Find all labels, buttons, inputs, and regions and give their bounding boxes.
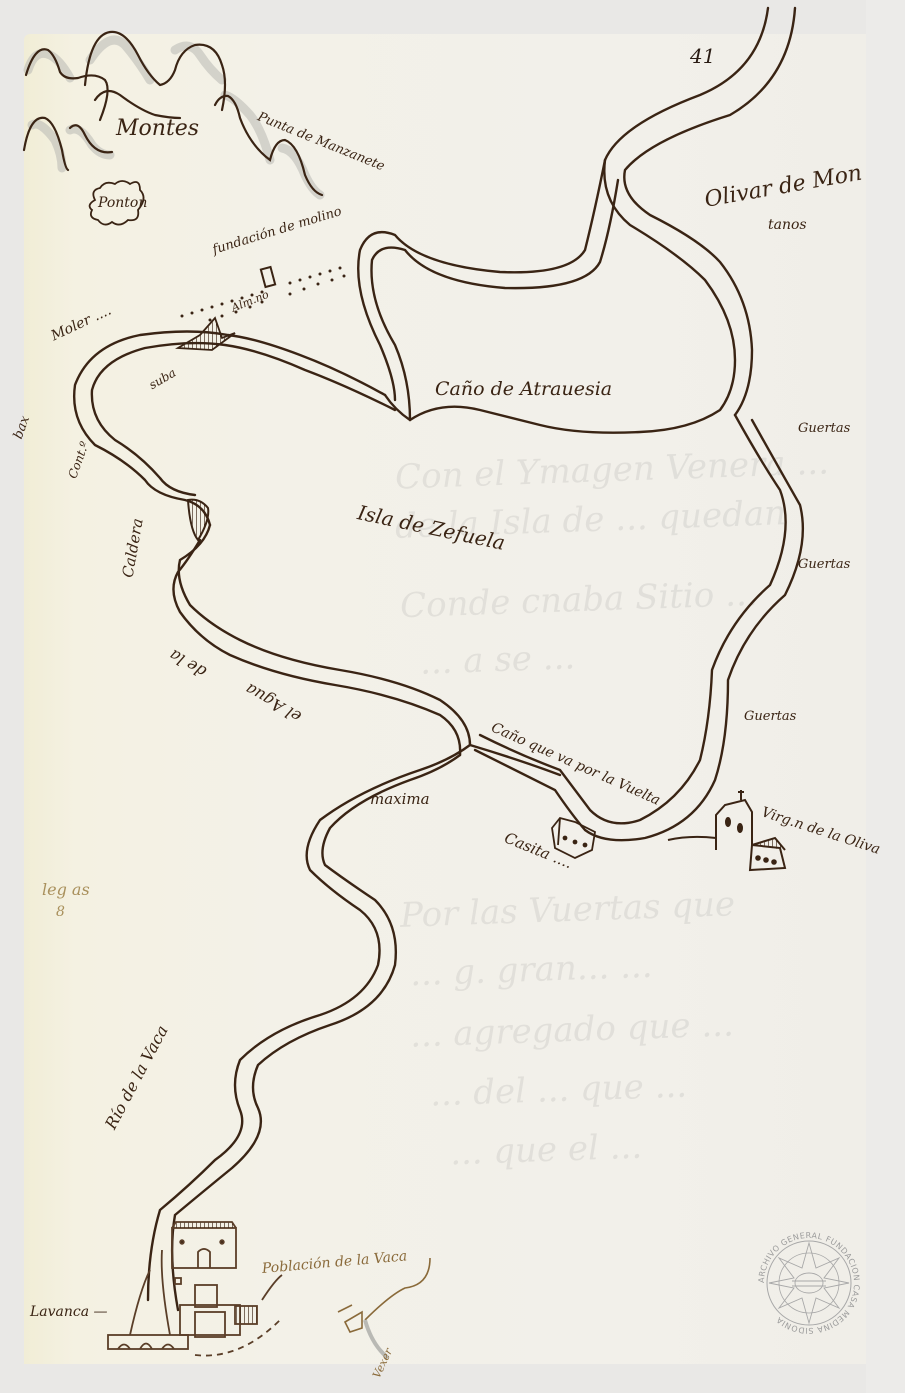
label-leguas-num: 8 bbox=[56, 905, 65, 919]
chapel-oliva-icon bbox=[668, 790, 785, 870]
label-olivar-cont: tanos bbox=[768, 218, 807, 232]
vexer-castle-icon bbox=[338, 1258, 430, 1358]
label-huertas-2: Guertas bbox=[798, 558, 850, 571]
label-ponton: Ponton bbox=[98, 196, 147, 210]
svg-text:ARCHIVO GENERAL FUNDACION CASA: ARCHIVO GENERAL FUNDACION CASA MEDINA SI… bbox=[757, 1231, 861, 1335]
label-leguas: leg as bbox=[42, 882, 90, 898]
label-montes: Montes bbox=[116, 118, 199, 140]
label-huertas-3: Guertas bbox=[744, 710, 796, 723]
stamp-text: ARCHIVO GENERAL FUNDACION CASA MEDINA SI… bbox=[757, 1231, 861, 1335]
archive-stamp-icon: ARCHIVO GENERAL FUNDACION CASA MEDINA SI… bbox=[744, 1218, 874, 1348]
caldera-island-icon bbox=[188, 500, 208, 540]
town-vaca-icon bbox=[108, 1222, 282, 1356]
label-huertas-1: Guertas bbox=[798, 422, 850, 435]
label-maxima: maxima bbox=[370, 792, 430, 807]
folio-number: 41 bbox=[690, 44, 715, 68]
mountains-icon bbox=[24, 32, 322, 195]
label-cano-atravesia: Caño de Atrauesia bbox=[435, 380, 612, 399]
label-lavanca: Lavanca — bbox=[30, 1305, 108, 1319]
